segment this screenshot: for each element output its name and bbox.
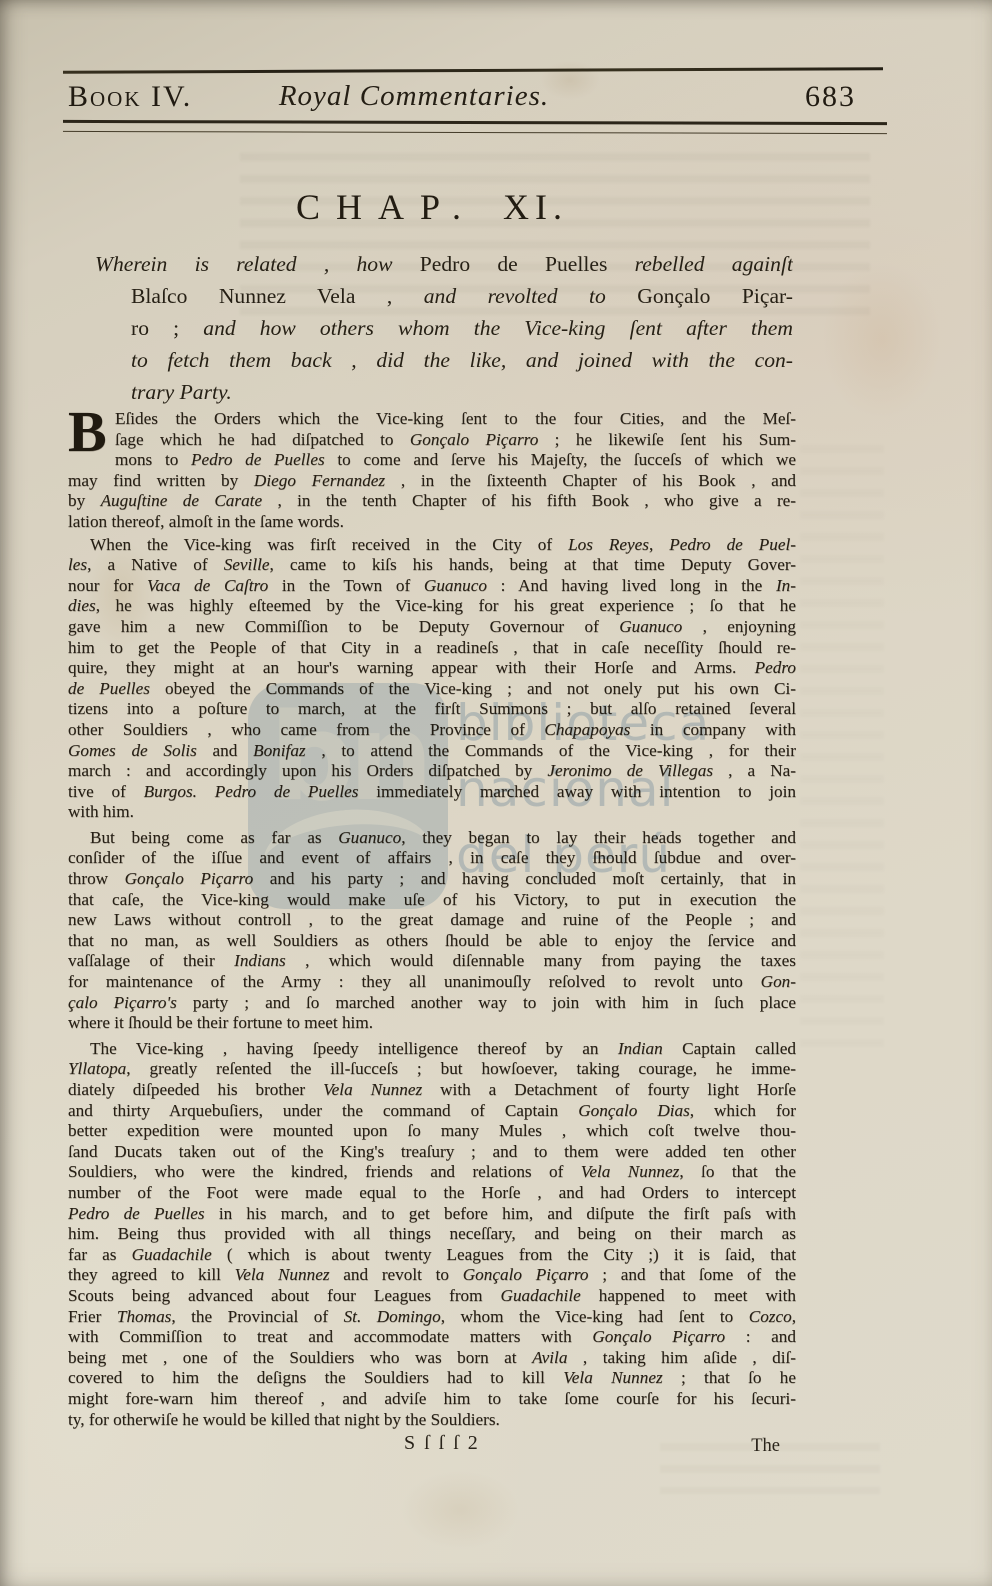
header-rule-top [63,67,883,74]
chapter-number: XI. [503,187,568,227]
text-line: and thirty Arquebuſiers, under the comma… [68,1101,796,1122]
text-line: vaſſalage of their Indians , which would… [68,951,796,972]
page-number: 683 [805,80,856,114]
text-line: by Auguſtine de Carate , in the tenth Ch… [68,491,796,512]
text-line: Gomes de Solis and Bonifaz , to attend t… [68,741,796,762]
showthrough-patch [800,440,884,1060]
text-line: other Souldiers , who came from the Prov… [68,720,796,741]
paragraph: BEſides the Orders which the Vice-king ſ… [68,409,796,533]
signature-mark: S ſ ſ ſ 2 [404,1432,480,1455]
text-line: tive of Burgos. Pedro de Puelles immedia… [68,782,796,803]
text-line: les, a Native of Seville, came to kiſs h… [68,555,796,576]
text-line: that no man, as well Souldiers as others… [68,931,796,952]
text-line: çalo Piçarro's party ; and ſo marched an… [68,993,796,1014]
text-line: ſand Ducats taken out of the King's trea… [68,1142,796,1163]
text-line: march : and accordingly upon his Orders … [68,761,796,782]
paragraph: But being come as far as Guanuco, they b… [68,828,796,1034]
text-line: ſage which he had diſpatched to Gonçalo … [115,430,796,451]
text-line: mons to Pedro de Puelles to come and ſer… [115,450,796,471]
text-line: lation thereof, almoſt in the ſame words… [68,512,796,533]
body-text: BEſides the Orders which the Vice-king ſ… [68,409,796,1430]
text-line: Scouts being advanced about four Leagues… [68,1286,796,1307]
text-line: they agreed to kill Vela Nunnez and revo… [68,1265,796,1286]
drop-cap: B [68,411,108,452]
chapter-summary: Wherein is related , how Pedro de Puelle… [95,248,793,408]
chapter-heading: CHAP.XI. [68,186,796,228]
running-title: Royal Commentaries. [68,80,760,113]
text-line: might fore-warn him thereof , and adviſe… [68,1389,796,1410]
paper-stain [400,1470,520,1550]
text-line: may find written by Diego Fernandez , in… [68,471,796,492]
text-line: Pedro de Puelles in his march, and to ge… [68,1204,796,1225]
paragraph: The Vice-king , having ſpeedy intelligen… [68,1039,796,1430]
text-line: tizens into a poſture to march, at the f… [68,699,796,720]
text-line: new Laws without controll , to the great… [68,910,796,931]
text-line: nour for Vaca de Caſtro in the Town of G… [68,576,796,597]
summary-line: to fetch them back , did the like, and j… [95,344,793,376]
text-line: number of the Foot were made equal to th… [68,1183,796,1204]
text-line: Frier Thomas, the Provincial of St. Domi… [68,1307,796,1328]
text-line: where it ſhould be their fortune to meet… [68,1013,796,1034]
text-line: de Puelles obeyed the Commands of the Vi… [68,679,796,700]
text-line: that caſe, the Vice-king would make uſe … [68,890,796,911]
text-line: Yllatopa, greatly reſented the ill-ſucce… [68,1059,796,1080]
text-line: being met , one of the Souldiers who was… [68,1348,796,1369]
text-line: with him. [68,802,796,823]
summary-line: trary Party. [95,376,793,408]
signature-line: S ſ ſ ſ 2 The [68,1432,796,1462]
text-line: The Vice-king , having ſpeedy intelligen… [68,1039,796,1060]
text-line: him. Being thus provided with all things… [68,1224,796,1245]
catchword: The [751,1436,780,1457]
text-line: Souldiers, who were the kindred, friends… [68,1162,796,1183]
text-line: far as Guadachile ( which is about twent… [68,1245,796,1266]
text-line: ty, for otherwiſe he would be killed tha… [68,1410,796,1431]
text-line: conſider of the iſſue and event of affai… [68,848,796,869]
header-rule-bottom [63,120,887,134]
text-line: throw Gonçalo Piçarro and his party ; an… [68,869,796,890]
chapter-label: CHAP. [296,187,477,227]
book-page-scan: Book IV. Royal Commentaries. 683 CHAP.XI… [0,0,992,1586]
text-line: But being come as far as Guanuco, they b… [68,828,796,849]
text-line: quire, they might at an hour's warning a… [68,658,796,679]
text-line: diately diſpeeded his brother Vela Nunne… [68,1080,796,1101]
paragraph: When the Vice-king was firſt received in… [68,535,796,823]
text-line: better expedition were mounted upon ſo m… [68,1121,796,1142]
summary-line: Wherein is related , how Pedro de Puelle… [95,248,793,280]
text-line: with Commiſſion to treat and accommodate… [68,1327,796,1348]
summary-line: ro ; and how others whom the Vice-king ſ… [95,312,793,344]
text-line: When the Vice-king was firſt received in… [68,535,796,556]
text-line: covered to him the deſigns the Souldiers… [68,1368,796,1389]
running-header: Book IV. Royal Commentaries. 683 [68,80,856,118]
text-line: dies, he was highly eſteemed by the Vice… [68,596,796,617]
text-line: for maintenance of the Army : they all u… [68,972,796,993]
text-line: Eſides the Orders which the Vice-king ſe… [115,409,796,430]
text-line: him to get the People of that City in a … [68,638,796,659]
summary-line: Blaſco Nunnez Vela , and revolted to Gon… [95,280,793,312]
paper-stain [822,260,942,420]
text-line: gave him a new Commiſſion to be Deputy G… [68,617,796,638]
